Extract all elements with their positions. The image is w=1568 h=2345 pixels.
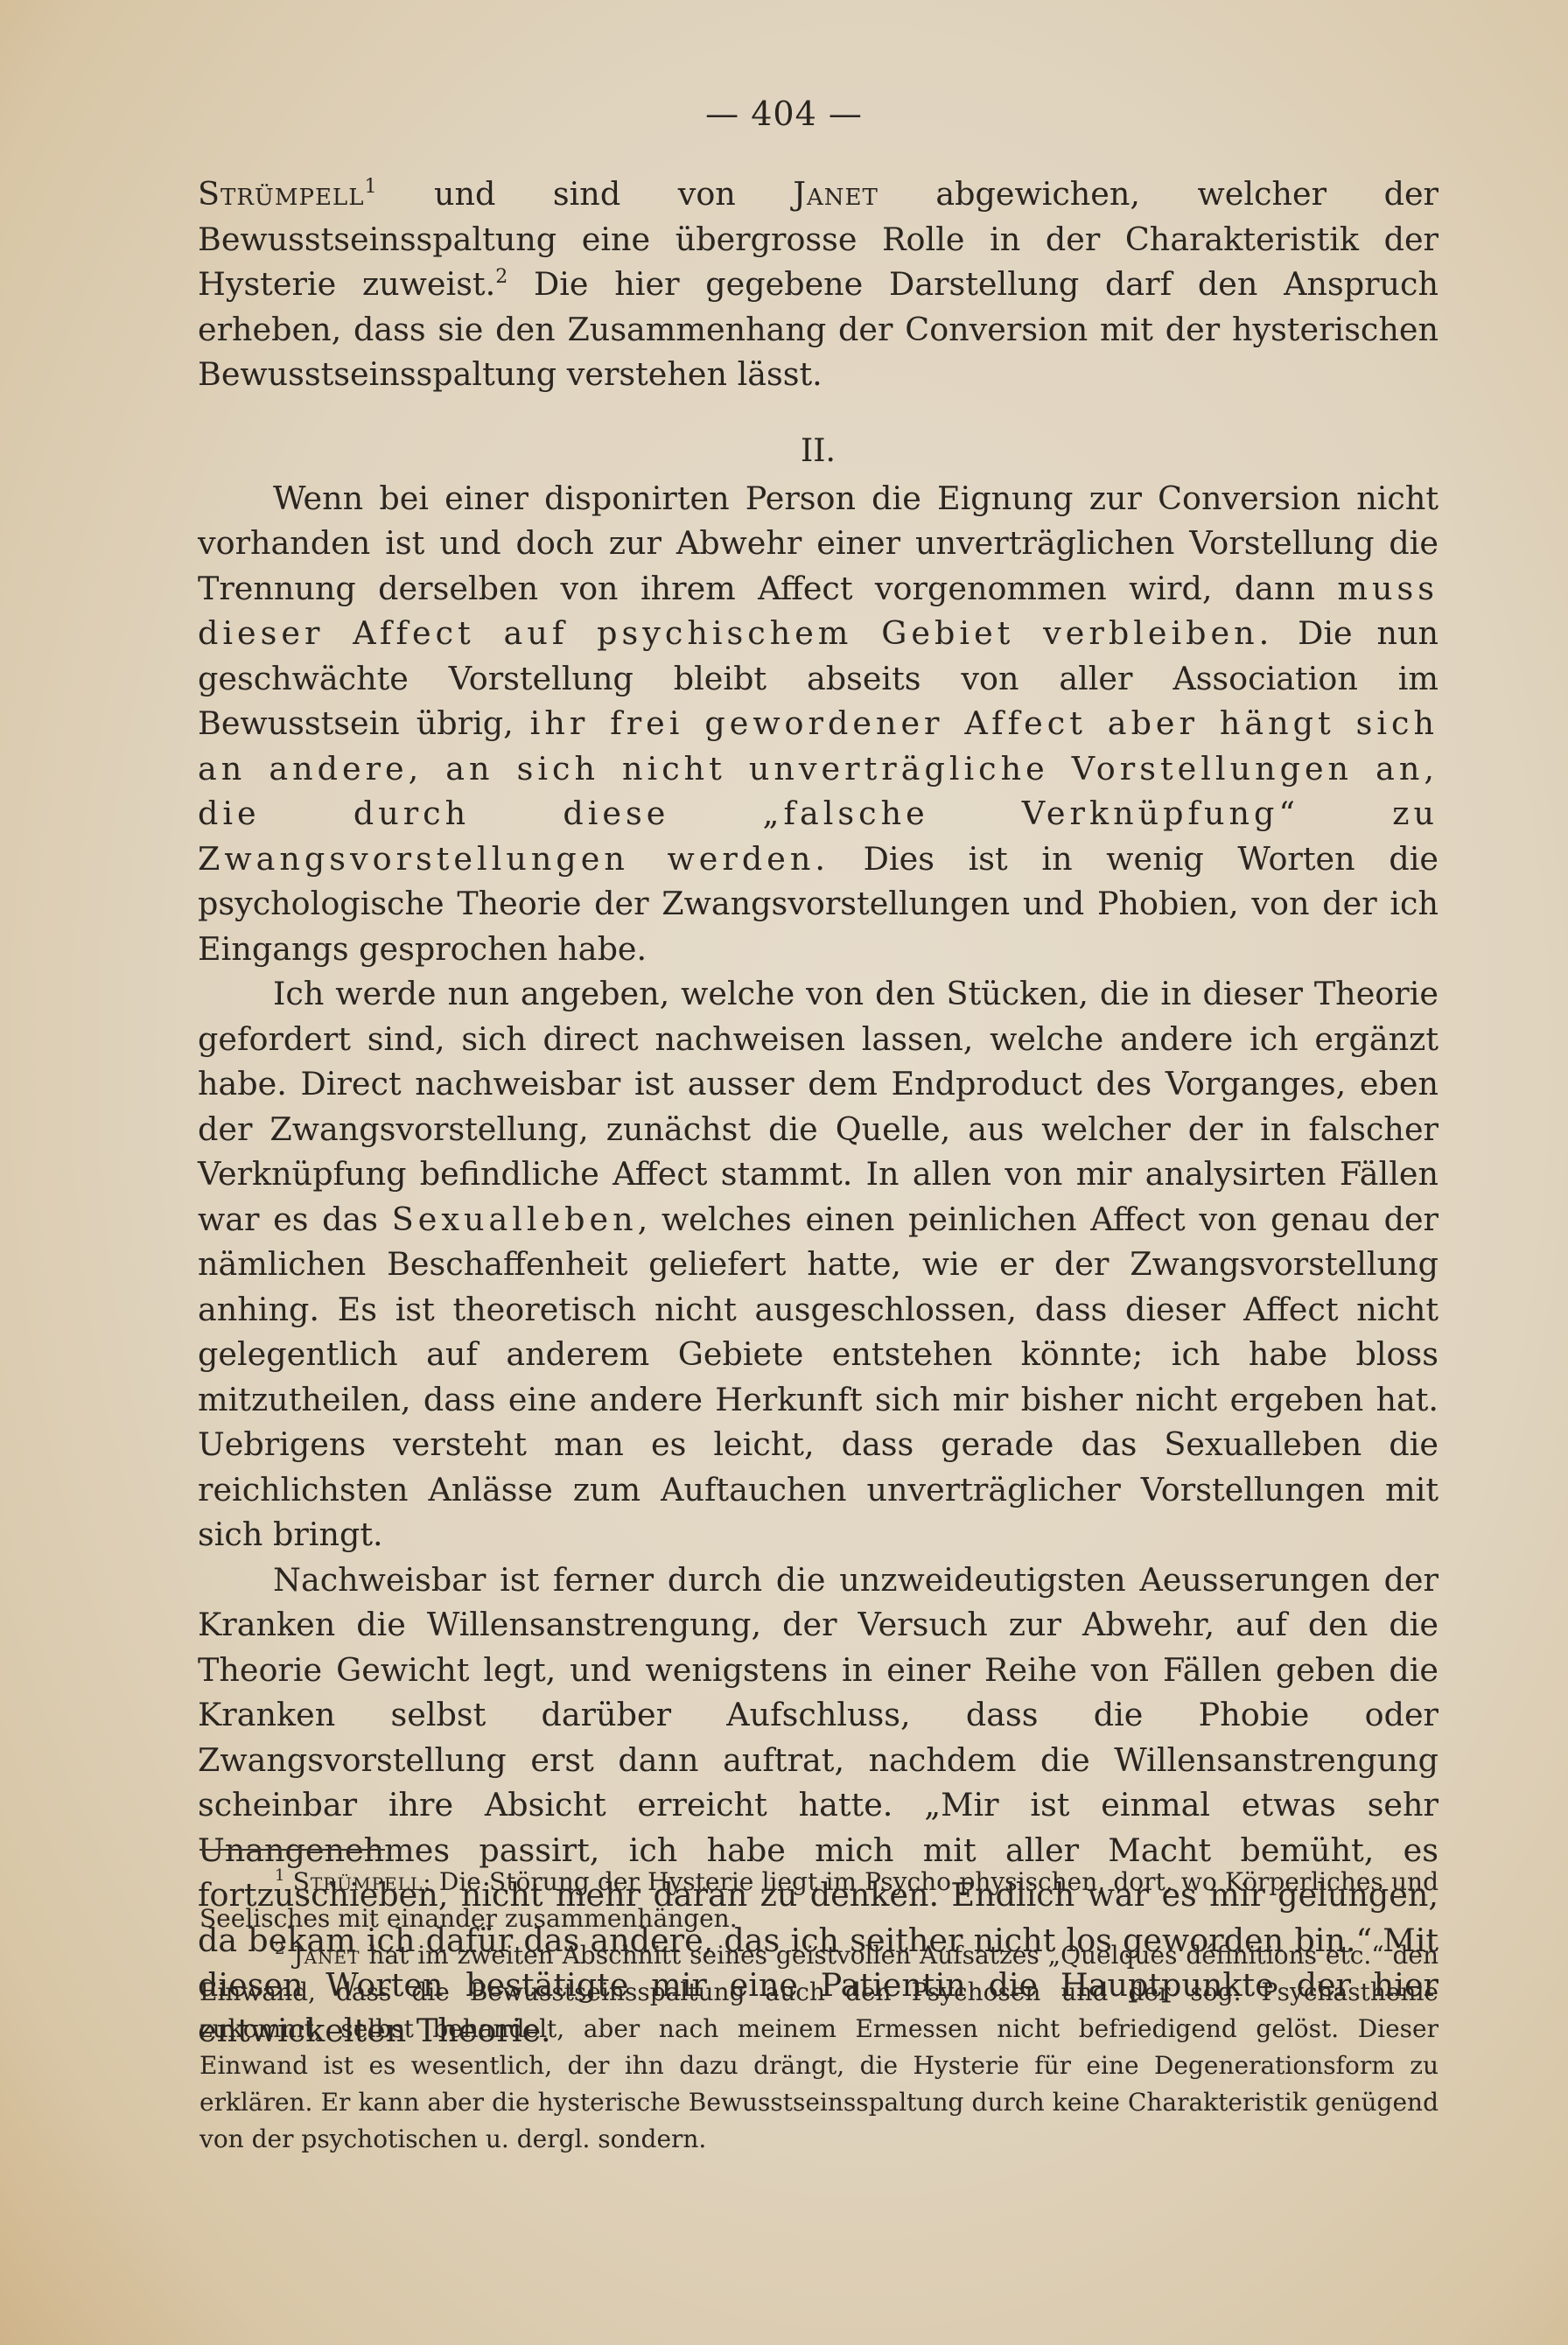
page-number: — 404 — [0,94,1568,133]
footnotes: 1 Strümpell: Die Störung der Hysterie li… [199,1864,1438,2158]
footnote: 1 Strümpell: Die Störung der Hysterie li… [199,1864,1438,1937]
footnote-ref: 1 [364,176,376,198]
paragraph: Wenn bei einer disponirten Person die Ei… [198,476,1438,972]
emphasized-text: Sexualleben [392,1200,638,1238]
continuation-paragraph: Strümpell1 und sind von Janet abgewichen… [198,171,1438,397]
text-run: Ich werde nun angeben, welche von den St… [198,975,1438,1238]
footnote-ref: 2 [495,266,507,288]
footnote-marker: 2 [275,1940,284,1958]
footnote-divider [199,1849,385,1851]
text-run: , welches einen peinlichen Affect von ge… [198,1200,1438,1554]
body-text: Strümpell1 und sind von Janet abgewichen… [198,171,1438,2053]
footnote: 2 Janet hat im zweiten Abschnitt seines … [199,1937,1438,2158]
text-run: Wenn bei einer disponirten Person die Ei… [198,479,1438,607]
footnote-marker: 1 [275,1866,284,1885]
author-name: Janet [793,175,878,213]
author-name: Strümpell [198,175,364,213]
footnote-text: hat im zweiten Abschnitt seines geistvol… [199,1941,1438,2153]
author-name: Strümpell [293,1867,423,1896]
author-name: Janet [293,1941,360,1970]
text-run: und sind von [376,175,793,213]
section-heading: II. [198,429,1438,474]
paragraph: Ich werde nun angeben, welche von den St… [198,971,1438,1557]
